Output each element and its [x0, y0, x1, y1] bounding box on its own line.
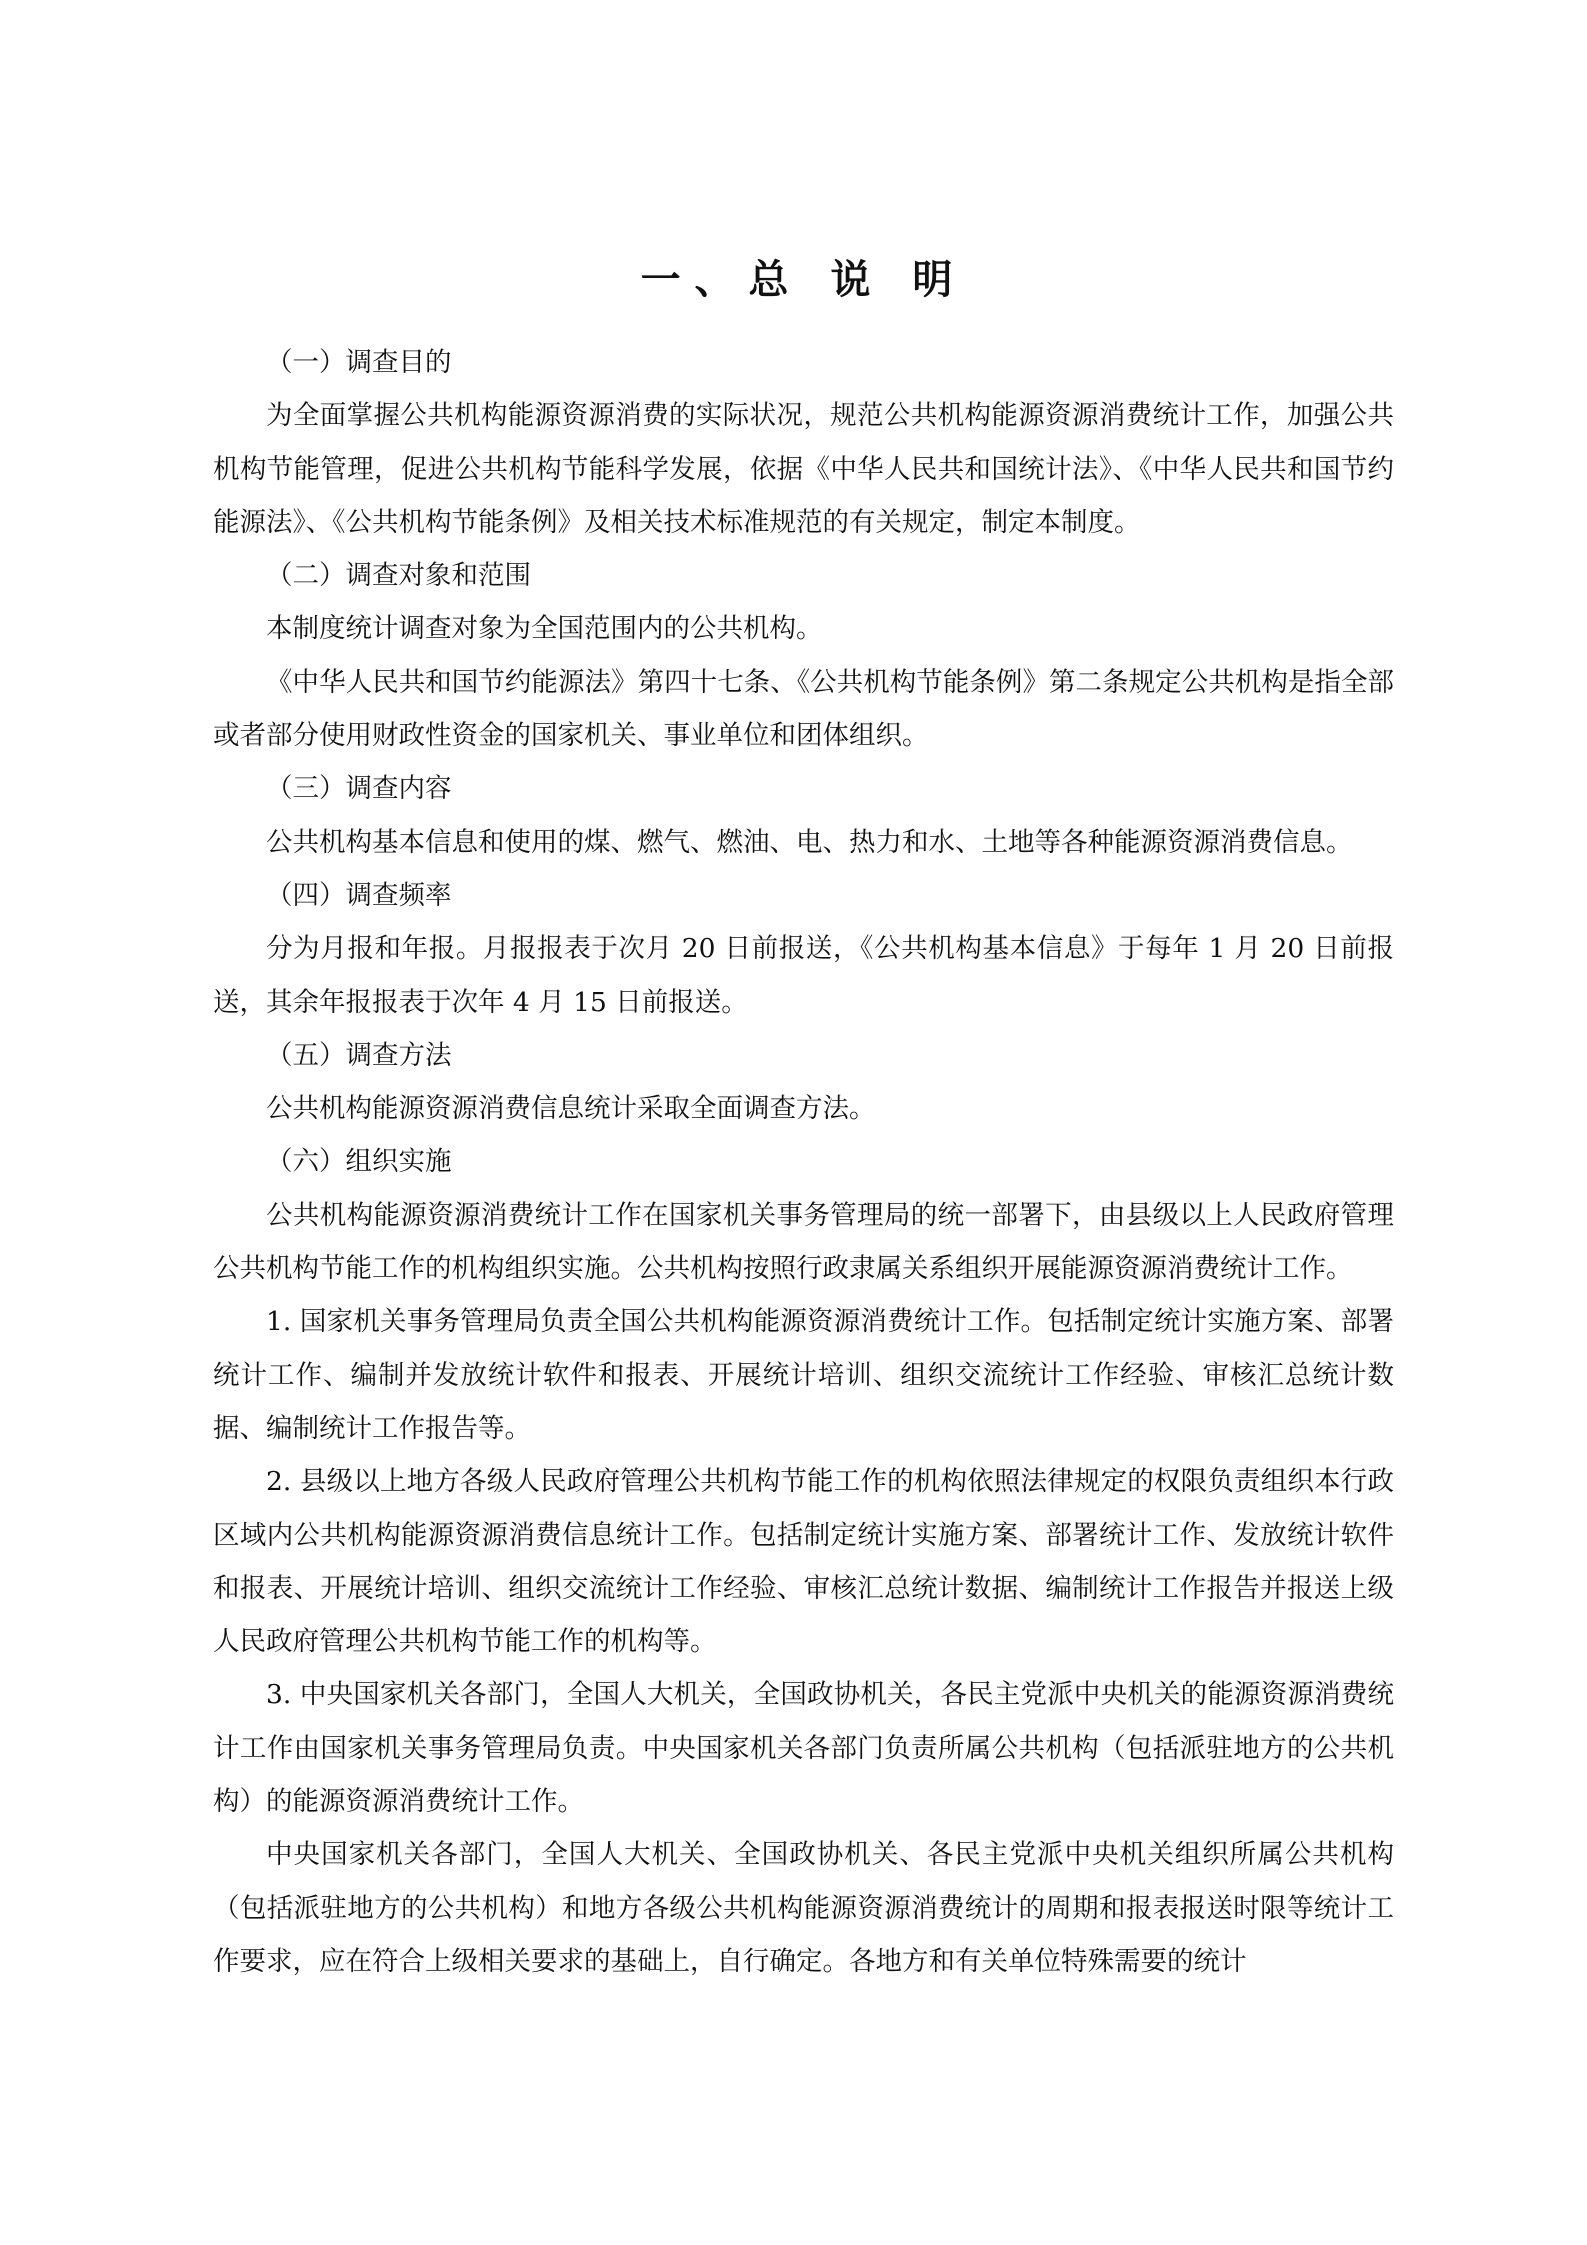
- section-heading-content: （三）调查内容: [213, 762, 1394, 815]
- paragraph-content: 公共机构基本信息和使用的煤、燃气、燃油、电、热力和水、土地等各种能源资源消费信息…: [213, 816, 1394, 869]
- paragraph-method: 公共机构能源资源消费信息统计采取全面调查方法。: [213, 1082, 1394, 1135]
- paragraph-item-2: 2. 县级以上地方各级人民政府管理公共机构节能工作的机构依照法律规定的权限负责组…: [213, 1455, 1394, 1668]
- paragraph-central-organs: 中央国家机关各部门，全国人大机关、全国政协机关、各民主党派中央机关组织所属公共机…: [213, 1828, 1394, 1988]
- paragraph-scope-2: 《中华人民共和国节约能源法》第四十七条、《公共机构节能条例》第二条规定公共机构是…: [213, 656, 1394, 763]
- paragraph-purpose: 为全面掌握公共机构能源资源消费的实际状况，规范公共机构能源资源消费统计工作，加强…: [213, 389, 1394, 549]
- document-body: （一）调查目的 为全面掌握公共机构能源资源消费的实际状况，规范公共机构能源资源消…: [213, 336, 1394, 1988]
- paragraph-implementation: 公共机构能源资源消费统计工作在国家机关事务管理局的统一部署下，由县级以上人民政府…: [213, 1189, 1394, 1296]
- page-title: 一、总 说 明: [213, 250, 1394, 310]
- section-heading-purpose: （一）调查目的: [213, 336, 1394, 389]
- paragraph-scope-1: 本制度统计调查对象为全国范围内的公共机构。: [213, 602, 1394, 655]
- section-heading-scope: （二）调查对象和范围: [213, 549, 1394, 602]
- section-heading-frequency: （四）调查频率: [213, 869, 1394, 922]
- paragraph-frequency: 分为月报和年报。月报报表于次月 20 日前报送，《公共机构基本信息》于每年 1 …: [213, 922, 1394, 1029]
- paragraph-item-3: 3. 中央国家机关各部门，全国人大机关，全国政协机关，各民主党派中央机关的能源资…: [213, 1668, 1394, 1828]
- section-heading-method: （五）调查方法: [213, 1029, 1394, 1082]
- paragraph-item-1: 1. 国家机关事务管理局负责全国公共机构能源资源消费统计工作。包括制定统计实施方…: [213, 1295, 1394, 1455]
- section-heading-implementation: （六）组织实施: [213, 1135, 1394, 1188]
